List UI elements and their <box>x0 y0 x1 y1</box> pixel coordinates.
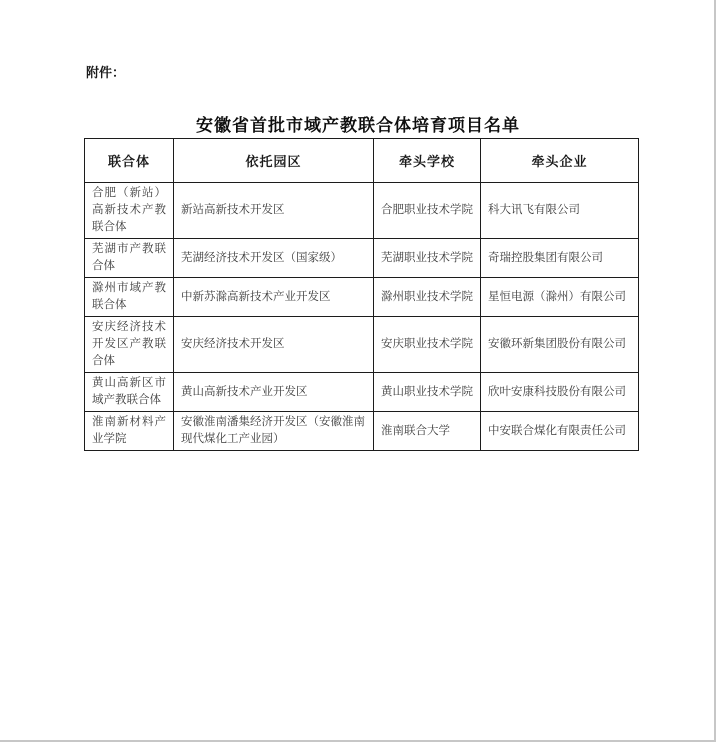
header-cell-enterprise: 牵头企业 <box>481 139 639 183</box>
cell-enterprise: 科大讯飞有限公司 <box>481 183 639 239</box>
cell-park: 黄山高新技术产业开发区 <box>174 373 374 412</box>
cell-park: 芜湖经济技术开发区（国家级） <box>174 239 374 278</box>
document-page: 附件： 安徽省首批市域产教联合体培育项目名单 联合体 依托园区 牵头学校 牵头企… <box>0 0 716 742</box>
cell-consortium: 安庆经济技术开发区产教联合体 <box>85 317 174 373</box>
table-row: 芜湖市产教联合体 芜湖经济技术开发区（国家级） 芜湖职业技术学院 奇瑞控股集团有… <box>85 239 639 278</box>
cell-enterprise: 安徽环新集团股份有限公司 <box>481 317 639 373</box>
table-row: 合肥（新站）高新技术产教联合体 新站高新技术开发区 合肥职业技术学院 科大讯飞有… <box>85 183 639 239</box>
table-row: 淮南新材料产业学院 安徽淮南潘集经济开发区（安徽淮南现代煤化工产业园） 淮南联合… <box>85 412 639 451</box>
cell-park: 中新苏滁高新技术产业开发区 <box>174 278 374 317</box>
attachment-label: 附件： <box>86 62 125 81</box>
cell-school: 合肥职业技术学院 <box>374 183 481 239</box>
cell-consortium: 黄山高新区市域产教联合体 <box>85 373 174 412</box>
table-row: 黄山高新区市域产教联合体 黄山高新技术产业开发区 黄山职业技术学院 欣叶安康科技… <box>85 373 639 412</box>
cell-enterprise: 奇瑞控股集团有限公司 <box>481 239 639 278</box>
cell-consortium: 滁州市域产教联合体 <box>85 278 174 317</box>
cell-park: 安徽淮南潘集经济开发区（安徽淮南现代煤化工产业园） <box>174 412 374 451</box>
cell-consortium: 淮南新材料产业学院 <box>85 412 174 451</box>
cell-enterprise: 中安联合煤化有限责任公司 <box>481 412 639 451</box>
page-title: 安徽省首批市域产教联合体培育项目名单 <box>0 111 716 136</box>
table-row: 安庆经济技术开发区产教联合体 安庆经济技术开发区 安庆职业技术学院 安徽环新集团… <box>85 317 639 373</box>
table-header-row: 联合体 依托园区 牵头学校 牵头企业 <box>85 139 639 183</box>
cell-enterprise: 欣叶安康科技股份有限公司 <box>481 373 639 412</box>
projects-table: 联合体 依托园区 牵头学校 牵头企业 合肥（新站）高新技术产教联合体 新站高新技… <box>84 138 639 451</box>
header-cell-school: 牵头学校 <box>374 139 481 183</box>
header-cell-consortium: 联合体 <box>85 139 174 183</box>
cell-school: 安庆职业技术学院 <box>374 317 481 373</box>
cell-park: 安庆经济技术开发区 <box>174 317 374 373</box>
table-row: 滁州市域产教联合体 中新苏滁高新技术产业开发区 滁州职业技术学院 星恒电源（滁州… <box>85 278 639 317</box>
cell-enterprise: 星恒电源（滁州）有限公司 <box>481 278 639 317</box>
cell-school: 芜湖职业技术学院 <box>374 239 481 278</box>
cell-school: 黄山职业技术学院 <box>374 373 481 412</box>
header-cell-park: 依托园区 <box>174 139 374 183</box>
cell-consortium: 芜湖市产教联合体 <box>85 239 174 278</box>
cell-park: 新站高新技术开发区 <box>174 183 374 239</box>
cell-consortium: 合肥（新站）高新技术产教联合体 <box>85 183 174 239</box>
cell-school: 淮南联合大学 <box>374 412 481 451</box>
cell-school: 滁州职业技术学院 <box>374 278 481 317</box>
